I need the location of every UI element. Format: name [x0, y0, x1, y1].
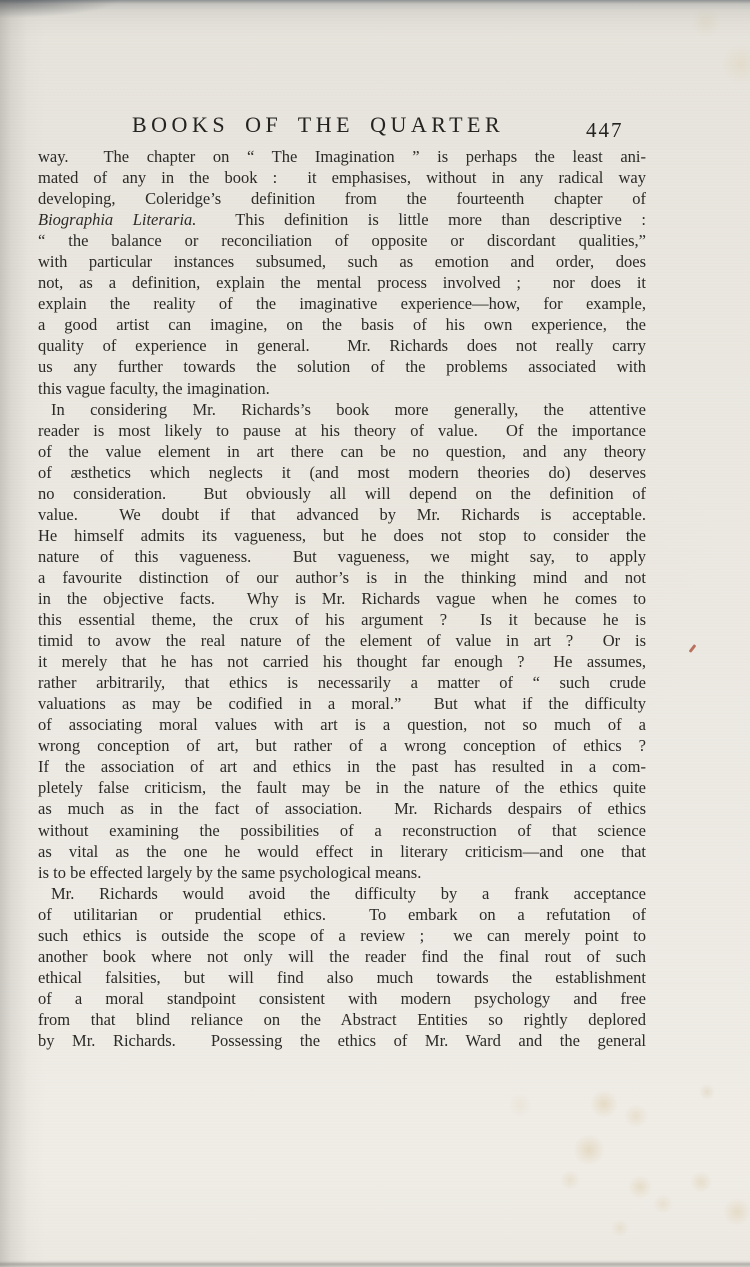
- page-bottom-edge: [0, 1260, 750, 1267]
- text-line: wrong conception of art, but rather of a…: [38, 735, 646, 756]
- text-line: of a moral standpoint consistent with mo…: [38, 988, 646, 1009]
- running-head-title: BOOKS OF THE QUARTER: [132, 112, 504, 138]
- text-line: no consideration. But obviously all will…: [38, 483, 646, 504]
- text-line: us any further towards the solution of t…: [38, 356, 646, 377]
- text-line: quality of experience in general. Mr. Ri…: [38, 335, 646, 356]
- text-line: without examining the possibilities of a…: [38, 820, 646, 841]
- text-line: In considering Mr. Richards’s book more …: [38, 399, 646, 420]
- italic-book-title: Biographia Literaria.: [38, 210, 196, 229]
- text-line: of associating moral values with art is …: [38, 714, 646, 735]
- text-line: a good artist can imagine, on the basis …: [38, 314, 646, 335]
- text-line: value. We doubt if that advanced by Mr. …: [38, 504, 646, 525]
- text-line: with particular instances subsumed, such…: [38, 251, 646, 272]
- page-left-edge-shadow: [0, 0, 28, 1267]
- paragraph: Mr. Richards would avoid the difficulty …: [38, 883, 646, 1051]
- text-line: way. The chapter on “ The Imagination ” …: [38, 146, 646, 167]
- book-page-scan: BOOKS OF THE QUARTER 447 way. The chapte…: [0, 0, 750, 1267]
- text-line: rather arbitrarily, that ethics is neces…: [38, 672, 646, 693]
- text-line: not, as a definition, explain the mental…: [38, 272, 646, 293]
- text-line: of æsthetics which neglects it (and most…: [38, 462, 646, 483]
- text-line: Mr. Richards would avoid the difficulty …: [38, 883, 646, 904]
- text-line: “ the balance or reconciliation of oppos…: [38, 230, 646, 251]
- text-line: timid to avow the real nature of the ele…: [38, 630, 646, 651]
- text-line: such ethics is outside the scope of a re…: [38, 925, 646, 946]
- text-line: nature of this vagueness. But vagueness,…: [38, 546, 646, 567]
- text-line: it merely that he has not carried his th…: [38, 651, 646, 672]
- text-line: developing, Coleridge’s definition from …: [38, 188, 646, 209]
- text-line: If the association of art and ethics in …: [38, 756, 646, 777]
- text-line: pletely false criticism, the fault may b…: [38, 777, 646, 798]
- text-line: of the value element in art there can be…: [38, 441, 646, 462]
- text-line: of utilitarian or prudential ethics. To …: [38, 904, 646, 925]
- text-line: from that blind reliance on the Abstract…: [38, 1009, 646, 1030]
- text-line: in the objective facts. Why is Mr. Richa…: [38, 588, 646, 609]
- text-line: Biographia Literaria. This definition is…: [38, 209, 646, 230]
- text-line: another book where not only will the rea…: [38, 946, 646, 967]
- text-line: ethical falsities, but will find also mu…: [38, 967, 646, 988]
- text-line: this essential theme, the crux of his ar…: [38, 609, 646, 630]
- text-line: as much as in the fact of association. M…: [38, 798, 646, 819]
- text-line: mated of any in the book : it emphasises…: [38, 167, 646, 188]
- text-line: as vital as the one he would effect in l…: [38, 841, 646, 862]
- page-top-edge-shadow: [0, 0, 750, 38]
- paragraph: way. The chapter on “ The Imagination ” …: [38, 146, 646, 399]
- text-line: is to be effected largely by the same ps…: [38, 862, 646, 883]
- paragraph: In considering Mr. Richards’s book more …: [38, 399, 646, 883]
- text-line: this vague faculty, the imagination.: [38, 378, 646, 399]
- page-number: 447: [586, 118, 624, 143]
- text-line: valuations as may be codified in a moral…: [38, 693, 646, 714]
- text-line: explain the reality of the imaginative e…: [38, 293, 646, 314]
- margin-ink-speck: [689, 644, 697, 653]
- text-line: He himself admits its vagueness, but he …: [38, 525, 646, 546]
- text-line: a favourite distinction of our author’s …: [38, 567, 646, 588]
- text-line: reader is most likely to pause at his th…: [38, 420, 646, 441]
- text-line: by Mr. Richards. Possessing the ethics o…: [38, 1030, 646, 1051]
- text-block: way. The chapter on “ The Imagination ” …: [38, 146, 646, 1051]
- text-segment: This definition is little more than desc…: [196, 210, 646, 229]
